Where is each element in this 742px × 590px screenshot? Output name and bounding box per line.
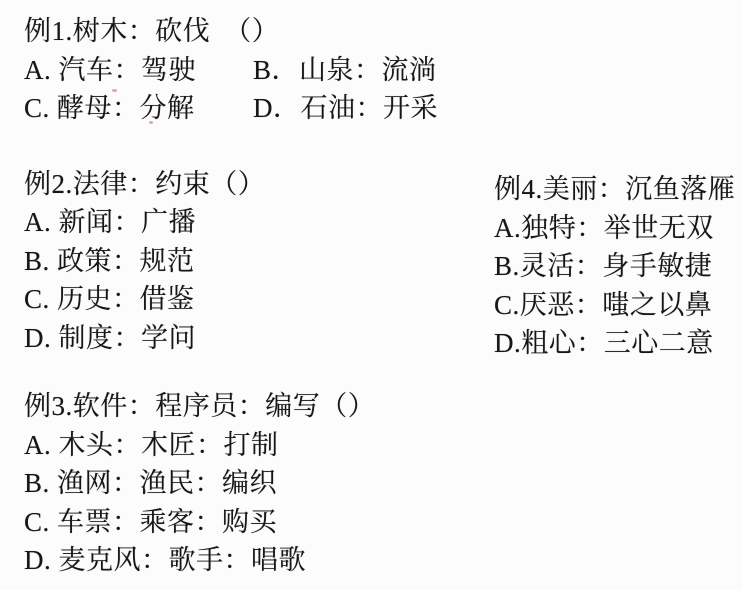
question-3: 例3.软件：程序员：编写（） A. 木头：木匠：打制 B. 渔网：渔民：编织 C…: [24, 387, 484, 580]
question-2-option-c: C. 历史：借鉴: [24, 280, 484, 319]
question-3-option-d: D. 麦克风：歌手：唱歌: [24, 541, 484, 580]
question-2-option-d: D. 制度：学问: [24, 319, 484, 358]
right-column: 例4.美丽：沉鱼落雁 A.独特：举世无双 B.灵活：身手敏捷 C.厌恶：嗤之以鼻…: [494, 170, 742, 363]
question-2: 例2.法律：约束（） A. 新闻：广播 B. 政策：规范 C. 历史：借鉴 D.…: [24, 165, 484, 358]
question-1-stem: 例1.树木：砍伐 （）: [24, 12, 484, 51]
question-4-option-a: A.独特：举世无双: [494, 209, 742, 248]
question-3-option-c: C. 车票：乘客：购买: [24, 503, 484, 542]
left-column: 例1.树木：砍伐 （） A. 汽车：驾驶 B．山泉：流淌 C. 酵母：分解 D．…: [24, 12, 484, 580]
question-3-stem: 例3.软件：程序员：编写（）: [24, 387, 484, 426]
question-1-options-row-1: A. 汽车：驾驶 B．山泉：流淌: [24, 51, 484, 90]
question-4-option-c: C.厌恶：嗤之以鼻: [494, 286, 742, 325]
question-1: 例1.树木：砍伐 （） A. 汽车：驾驶 B．山泉：流淌 C. 酵母：分解 D．…: [24, 12, 484, 128]
question-2-stem: 例2.法律：约束（）: [24, 165, 484, 204]
red-ink-artifact: [149, 121, 153, 124]
question-2-option-a: A. 新闻：广播: [24, 203, 484, 242]
question-4-option-b: B.灵活：身手敏捷: [494, 247, 742, 286]
red-ink-artifact: [112, 89, 117, 92]
question-4: 例4.美丽：沉鱼落雁 A.独特：举世无双 B.灵活：身手敏捷 C.厌恶：嗤之以鼻…: [494, 170, 742, 363]
question-3-option-a: A. 木头：木匠：打制: [24, 426, 484, 465]
question-2-option-b: B. 政策：规范: [24, 242, 484, 281]
question-4-stem: 例4.美丽：沉鱼落雁: [494, 170, 742, 209]
question-3-option-b: B. 渔网：渔民：编织: [24, 464, 484, 503]
question-1-option-a: A. 汽车：驾驶: [24, 51, 253, 90]
question-1-option-c: C. 酵母：分解: [24, 89, 253, 128]
exam-worksheet: 例1.树木：砍伐 （） A. 汽车：驾驶 B．山泉：流淌 C. 酵母：分解 D．…: [0, 0, 742, 590]
question-1-options-row-2: C. 酵母：分解 D．石油：开采: [24, 89, 484, 128]
question-1-option-d: D．石油：开采: [253, 89, 438, 128]
question-1-option-b: B．山泉：流淌: [253, 51, 437, 90]
question-4-option-d: D.粗心：三心二意: [494, 324, 742, 363]
